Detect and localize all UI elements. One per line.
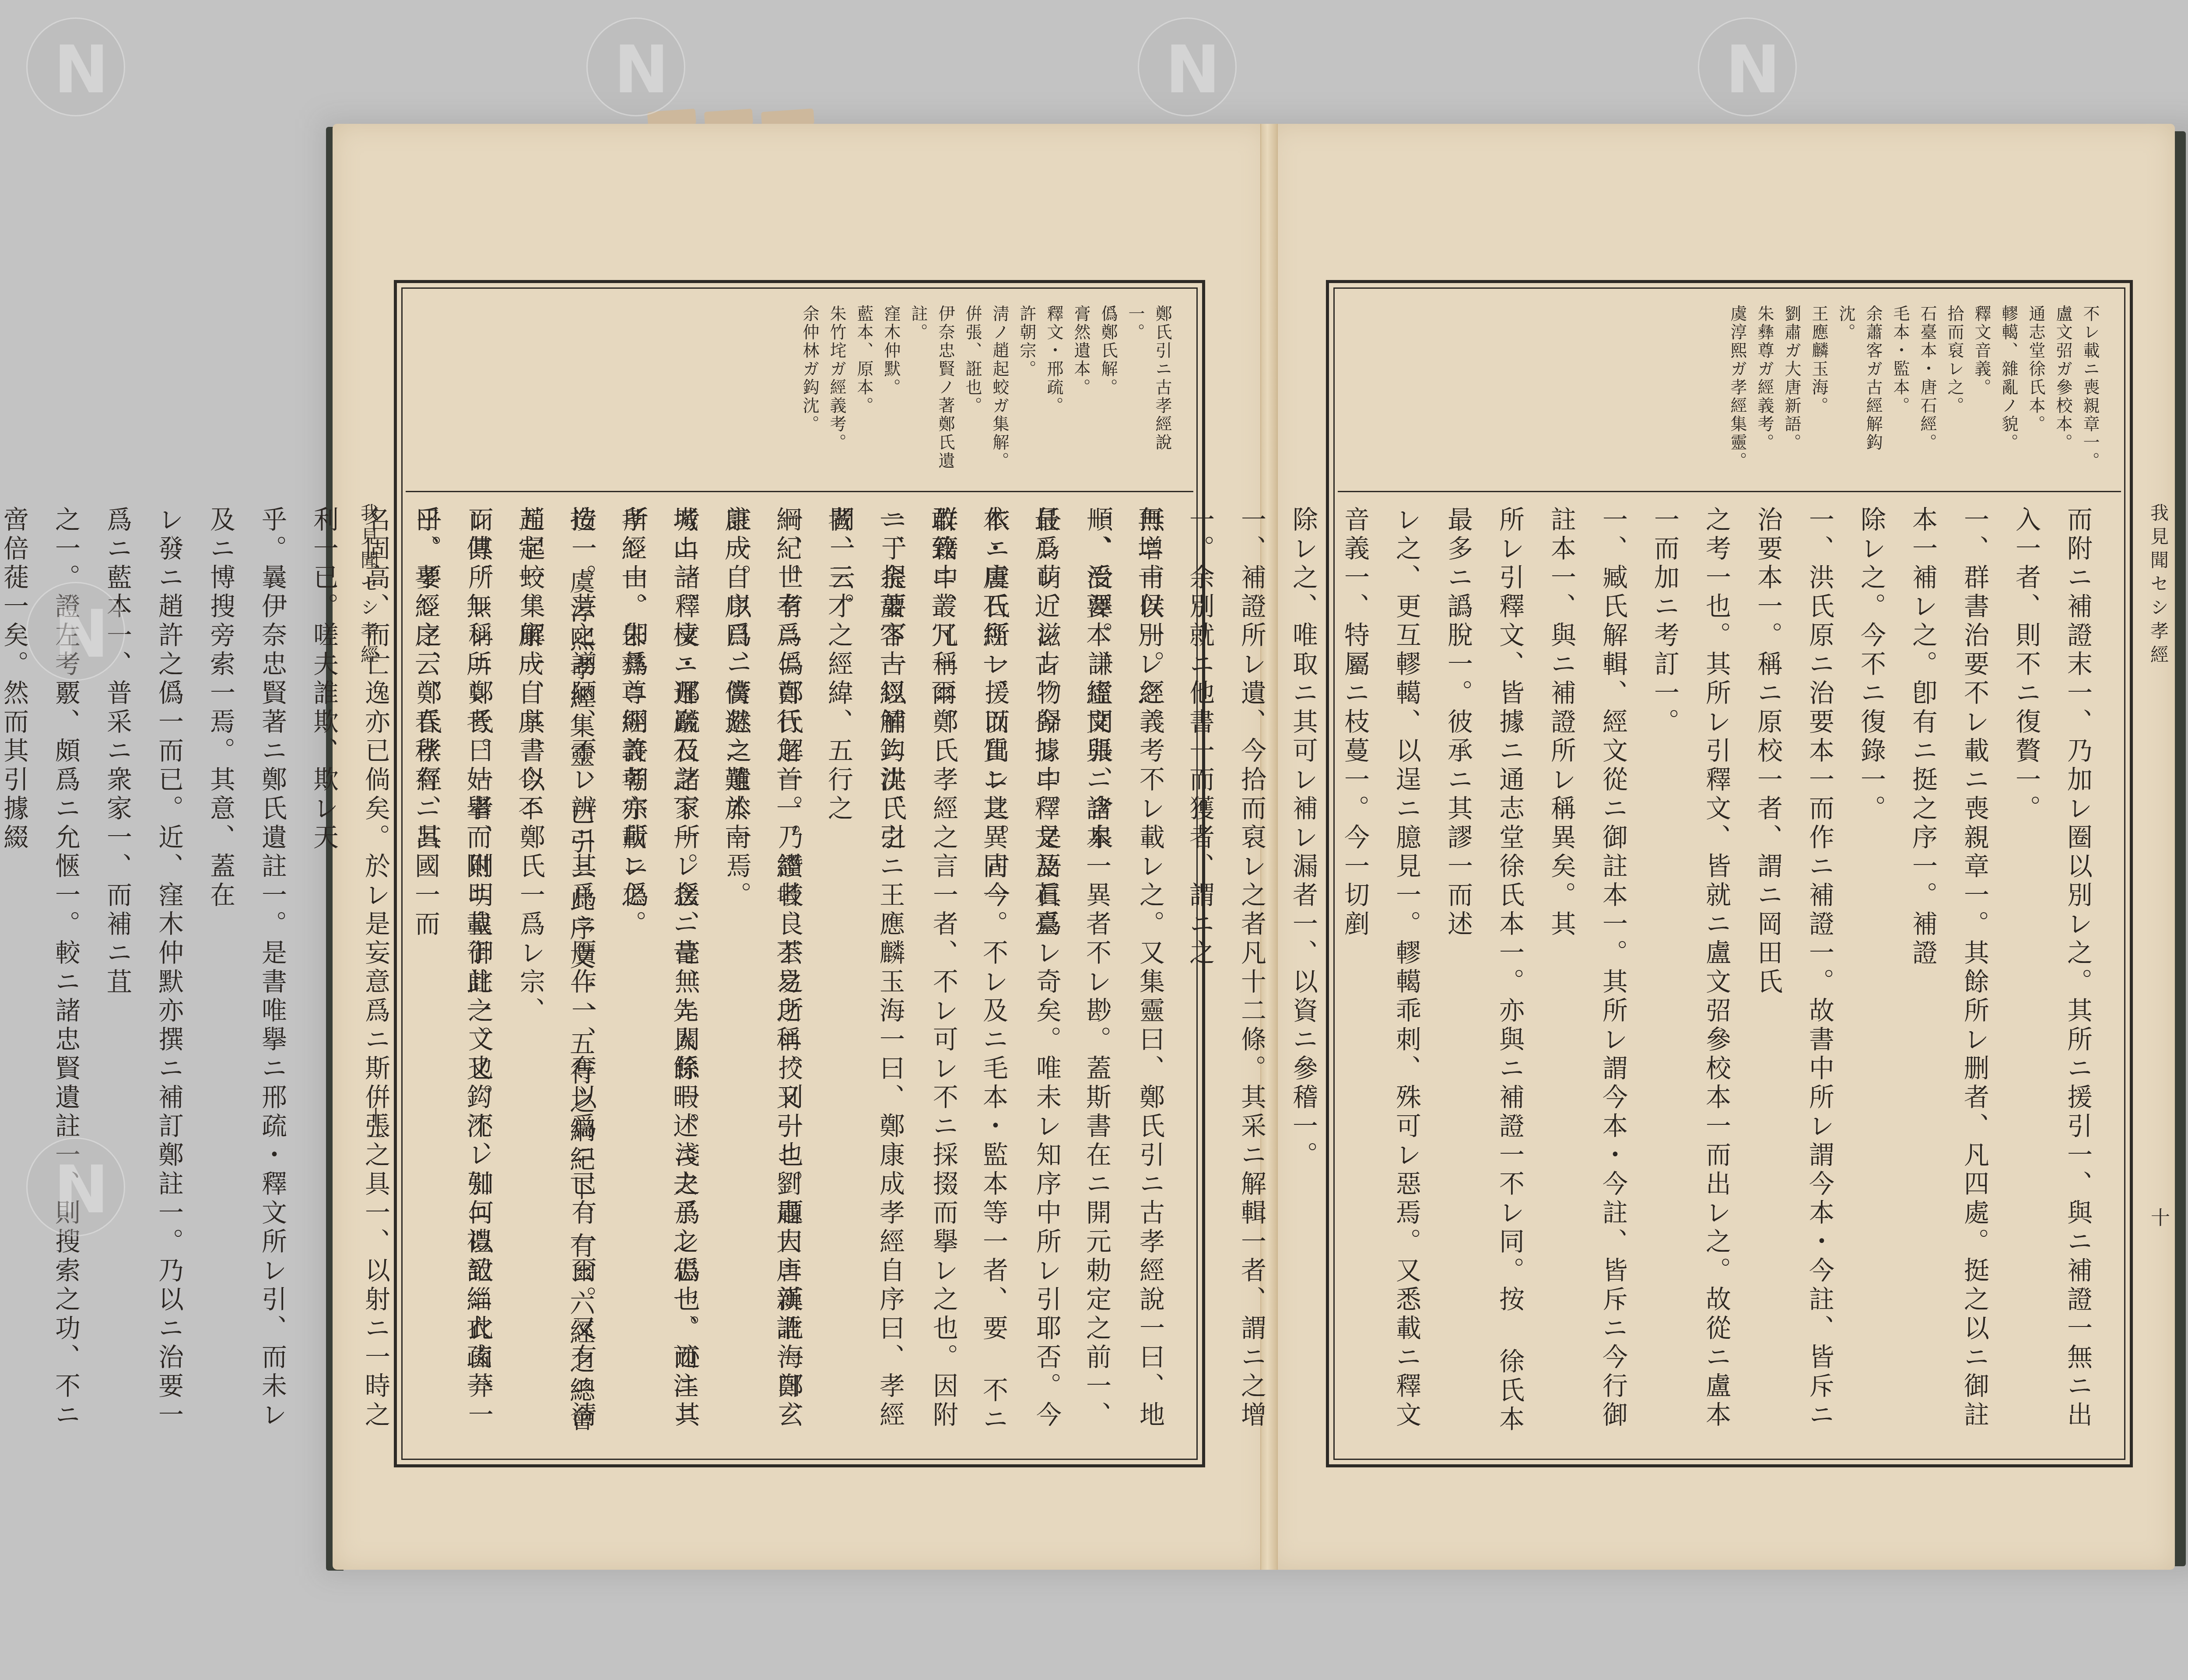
head-note: 釋文・邢疏。: [1040, 305, 1067, 480]
head-note: 不レ載ニ喪親章一。: [2076, 305, 2104, 480]
text-column: 一、補證所レ遺、今拾而裒レ之者凡十二條。其采ニ解輯一者、謂ニ之增一。余別就ニ他書…: [1174, 506, 1277, 1447]
running-head-right: 我見聞セシ孝經: [2145, 503, 2171, 668]
head-note: 伊奈忠賢ノ著鄭氏遺註。: [905, 305, 959, 480]
text-column: 除レ之、唯取ニ其可レ補レ漏者一、以資ニ參稽一。: [1277, 506, 1329, 1447]
head-note: 余蕭客ガ古經解鈎沈。: [1832, 305, 1886, 480]
head-note: 毛本・監本。: [1886, 305, 1914, 480]
head-note: 膏然遺本。: [1067, 305, 1094, 480]
text-column: 一、余蕭客古經解鈎沈、引ニ王應麟玉海一曰、鄭康成孝經自序曰、孝經者、三才之經緯、…: [813, 506, 916, 1447]
text-column: 一、治要本、經文與ニ諸本一異者不レ尠。蓋斯書在ニ開元勅定之前一、最爲レ近レ古。今…: [1019, 506, 1122, 1447]
head-note: 轇轕、雜亂ノ貌。: [1995, 305, 2022, 480]
watermark-logo-icon: [1138, 17, 1237, 116]
text-column: 本・唐石經一、以質ニ其異同一。不レ及ニ毛本・監本等一者、要 不ニ敢致ニ叢冗一爾。: [916, 506, 1019, 1447]
head-note: 朱竹垞ガ經義考。: [823, 305, 850, 480]
head-note: 僞鄭氏解。: [1094, 305, 1122, 480]
text-column: 一、洪氏原ニ治要本一而作ニ補證一。故書中所レ謂今本・今註、皆斥ニ治要本一。稱ニ原…: [1742, 506, 1845, 1447]
watermark-logo-icon: [26, 17, 125, 116]
head-note: 拾而裒レ之。: [1941, 305, 1968, 480]
head-note: 鄭氏引ニ古孝經說一。: [1122, 305, 1176, 480]
head-note: 釋文音義。: [1968, 305, 1995, 480]
head-note: 余仲林ガ鈎沈。: [796, 305, 823, 480]
head-note: 朱彝尊ガ經義考。: [1751, 305, 1778, 480]
head-notes-left: 鄭氏引ニ古孝經說一。僞鄭氏解。膏然遺本。釋文・邢疏。許朝宗。淸ノ趙起蛟ガ集解。倂…: [796, 305, 1176, 480]
text-column: 除レ之。今不ニ復錄一。: [1845, 506, 1897, 1447]
text-column: 乎。曩伊奈忠賢著ニ鄭氏遺註一。是書唯擧ニ邢疏・釋文所レ引、而未レ及ニ博搜旁索一焉…: [195, 506, 298, 1447]
text-column: 所レ引釋文、皆據ニ通志堂徐氏本一。亦與ニ補證一不レ同。按 徐氏本最多ニ譌脫一。彼…: [1432, 506, 1536, 1447]
head-note: 通志堂徐氏本。: [2022, 305, 2049, 480]
head-note: 虞淳熙ガ孝經集靈。: [1724, 305, 1751, 480]
text-column: 綱紀。孝爲ニ百行之首一。經者、不易之稱。又引ニ劉肅大唐新語一曰、康成自序曰、僕避…: [709, 506, 813, 1447]
head-note: 許朝宗。: [1013, 305, 1040, 480]
head-note: 石臺本・唐石經。: [1914, 305, 1941, 480]
head-note: 倂張、誑也。: [959, 305, 986, 480]
body-text-right: 而附ニ補證末一、乃加レ圈以別レ之。其所ニ援引一、與ニ補證一無ニ出入一者、則不ニ復…: [400, 506, 2104, 1447]
text-column: 一、臧氏解輯、經文從ニ御註本一。其所レ謂今本・今註、皆斥ニ今行御註本一、與ニ補證…: [1536, 506, 1639, 1447]
head-note: 淸ノ趙起蛟ガ集解。: [986, 305, 1013, 480]
text-column: 城山一、棲ニ遲巖石之下一。念ニ昔、先人餘暇述ニ夫子之志一、而注ニ孝經一。朱彝尊經…: [606, 506, 709, 1447]
text-column: レ之、更互轇轕、以逞ニ臆見一。轇轕乖刺、殊可レ惡焉。又悉載ニ釋文音義一、特屬ニ枝…: [1329, 506, 1432, 1447]
text-column: 名固高、而亡逸亦已倘矣。於レ是妄意爲ニ斯倂張之具一、以射ニ一時之利一已。嗟夫誰欺…: [298, 506, 401, 1447]
text-column: 之考一也。其所レ引釋文、皆就ニ盧文弨參校本一而出レ之。故從ニ盧本一而加ニ考訂一。: [1639, 506, 1742, 1447]
head-note: 藍本、原本。: [850, 305, 877, 480]
text-column: 之一。證左考覈、頗爲ニ允愜一。較ニ諸忠賢遺註一、則搜索之功、不ニ啻倍蓰一矣。然而…: [0, 506, 91, 1447]
binding-threads: [648, 95, 840, 126]
head-note: 王應麟玉海。: [1805, 305, 1832, 480]
notes-divider: [406, 491, 1193, 492]
text-column: 按 虞淳熙孝經集靈、已引ニ此序文一、五行之綱紀下、有ニ六經之總會五字一。康成自序…: [503, 506, 606, 1447]
text-column: レ發ニ趙許之僞一而已。近、窪木仲默亦撰ニ補訂鄭註一。乃以ニ治要一爲ニ藍本一、普采…: [91, 506, 195, 1447]
text-frame-right: 不レ載ニ喪親章一。盧文弨ガ參校本。通志堂徐氏本。轇轕、雜亂ノ貌。釋文音義。拾而裒…: [1326, 280, 2133, 1467]
notes-divider: [1338, 491, 2121, 492]
head-note: 窪木仲默。: [877, 305, 905, 480]
text-column: レ傳。無レ所レ考。姑擧而附ニ載于此一。又鈎沈、引ニ禮記緇衣疏一曰、孝經序云、春秋…: [400, 506, 503, 1447]
text-column: 而附ニ補證末一、乃加レ圈以別レ之。其所ニ援引一、與ニ補證一無ニ出入一者、則不ニ復…: [2000, 506, 2104, 1447]
head-notes-right: 不レ載ニ喪親章一。盧文弨ガ參校本。通志堂徐氏本。轇轕、雜亂ノ貌。釋文音義。拾而裒…: [1724, 305, 2104, 480]
watermark-logo-icon: [1698, 17, 1797, 116]
text-column: 再增一以別レ之。: [1122, 506, 1174, 1447]
head-note: 劉肅ガ大唐新語。: [1778, 305, 1805, 480]
page-number-right: 十: [2144, 1207, 2172, 1228]
text-column: 一、群書治要不レ載ニ喪親章一。其餘所レ删者、凡四處。挺之以ニ御註本一補レ之。卽有…: [1897, 506, 2000, 1447]
head-note: 盧文弨ガ參校本。: [2049, 305, 2076, 480]
